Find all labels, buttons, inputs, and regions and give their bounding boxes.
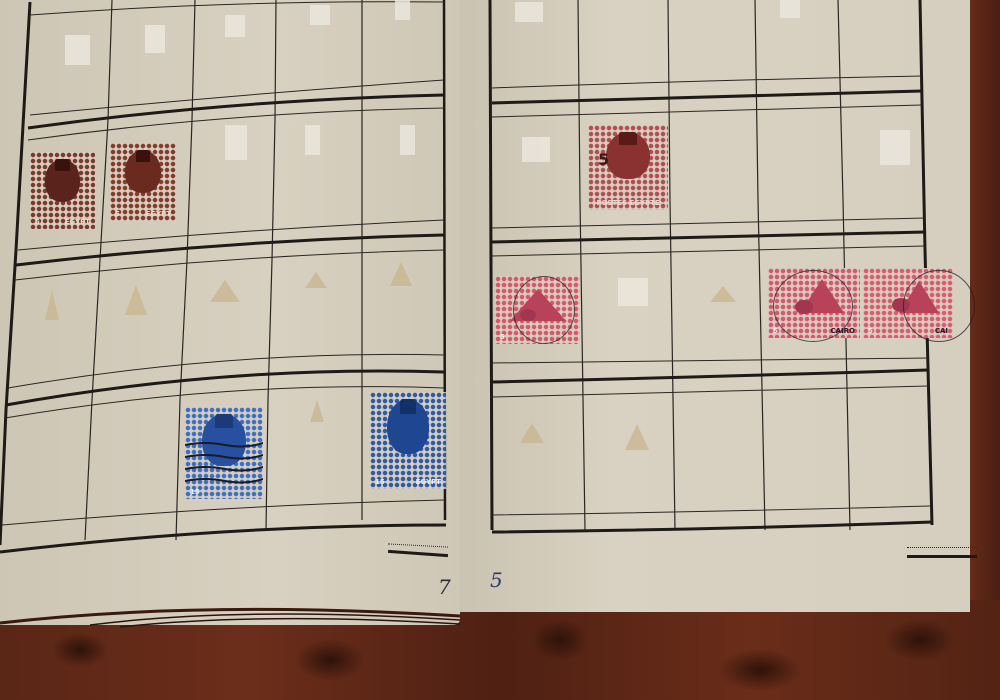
- stamp-value: 5: [598, 150, 609, 169]
- stamp-value: 15: [375, 478, 385, 486]
- page-stack-edges: [0, 598, 460, 628]
- stamp-hinge: [780, 0, 800, 18]
- stamp-hinge: [515, 2, 543, 22]
- wavy-cancellation: [185, 437, 263, 487]
- stamp-hinge: [225, 125, 247, 160]
- page-number: 5: [490, 568, 503, 592]
- stamp-hinge: [618, 278, 648, 306]
- stamp-egypt-sphinx-5m[interactable]: 5 CAI: [863, 268, 953, 338]
- left-album-page: 5 EGYPT 5 EGYPT 15: [0, 0, 460, 625]
- stamp-value: 5: [773, 327, 778, 335]
- left-page-grid: [0, 0, 460, 625]
- king-portrait: [606, 132, 650, 179]
- stamp-country: POSTES EGYPTE: [596, 199, 659, 207]
- king-portrait: [45, 159, 80, 202]
- stamp-hinge: [305, 125, 320, 155]
- stamp-hinge: [225, 15, 245, 37]
- stamp-hinge: [880, 130, 910, 165]
- stamp-country: EGYPT: [65, 218, 90, 226]
- stamp-egypt-fuad-5m[interactable]: 5 EGYPT: [110, 143, 176, 221]
- page-number: 7: [438, 575, 451, 599]
- circular-postmark: [513, 276, 575, 344]
- stamp-egypt-fuad-15m-blue[interactable]: 15: [185, 407, 263, 499]
- circular-postmark: [773, 270, 853, 342]
- stamp-country: EGYPT: [416, 478, 441, 486]
- page-footer-dotted-line: [907, 547, 977, 548]
- circular-postmark: [903, 270, 975, 342]
- stamp-value: 5: [35, 218, 40, 226]
- stamp-value: 5: [115, 210, 120, 218]
- stamp-hinge: [145, 25, 165, 53]
- page-footer-rule: [907, 555, 977, 558]
- stamp-hinge: [310, 5, 330, 25]
- stamp-value: 5: [868, 327, 873, 335]
- king-portrait: [125, 150, 161, 193]
- stamp-country: EGYPT: [146, 210, 171, 218]
- stamp-egypt-farouk-5m[interactable]: POSTES EGYPTE 5: [588, 125, 668, 210]
- stamp-hinge: [395, 0, 410, 20]
- stamp-egypt-fuad-5m[interactable]: 5 EGYPT: [30, 152, 95, 229]
- stamp-hinge: [65, 35, 90, 65]
- stamp-value: 5: [500, 333, 505, 341]
- stamp-value: 15: [190, 488, 200, 496]
- stamp-egypt-fuad-15m-blue[interactable]: 15 EGYPT: [370, 392, 446, 489]
- stamp-hinge: [400, 125, 415, 155]
- right-album-page: POSTES EGYPTE 5 5 5 CAIRO: [460, 0, 970, 612]
- stamp-egypt-sphinx-5m[interactable]: 5 CAIRO: [768, 268, 860, 338]
- stamp-hinge: [522, 137, 550, 162]
- king-portrait: [387, 399, 429, 454]
- stamp-egypt-sphinx-5m[interactable]: 5: [495, 276, 580, 344]
